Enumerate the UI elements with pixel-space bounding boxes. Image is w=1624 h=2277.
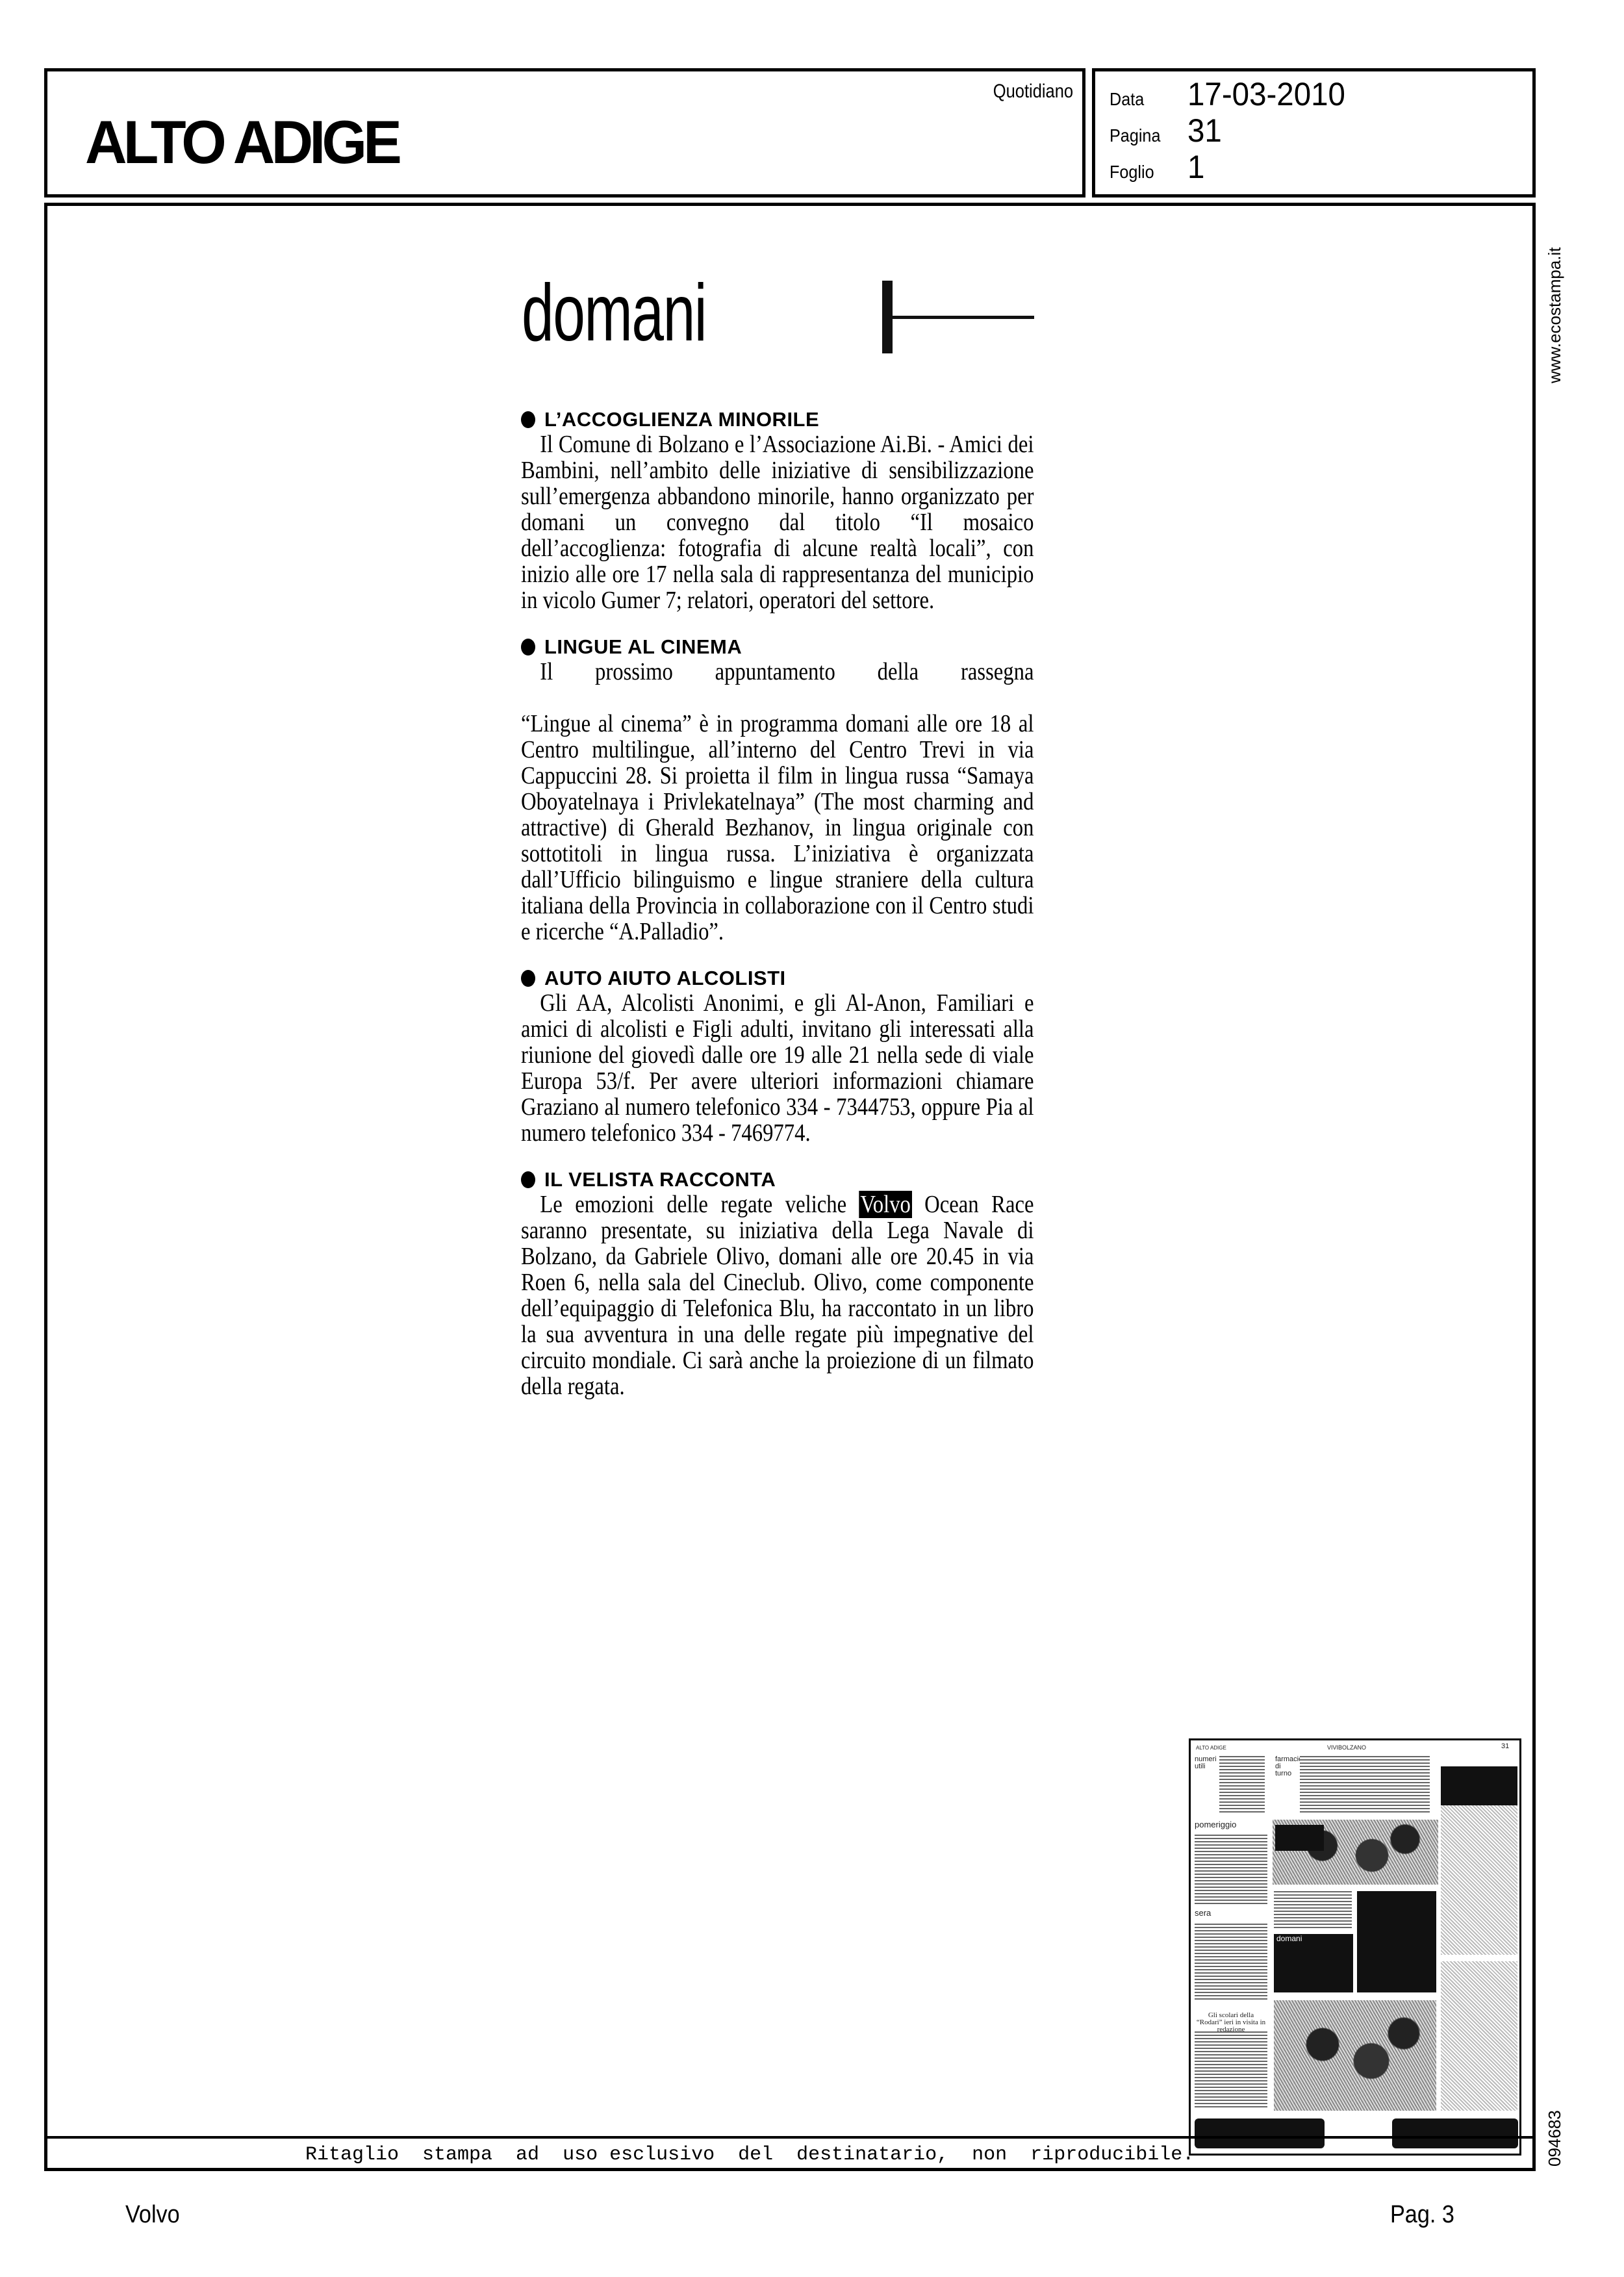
meta-value-page: 31 <box>1187 114 1222 147</box>
article-accoglienza: L’ACCOGLIENZA MINORILE Il Comune di Bolz… <box>521 408 1034 613</box>
thumb-text-block <box>1300 1756 1430 1814</box>
bullet-icon <box>521 1171 535 1188</box>
thumb-ad-right <box>1392 2118 1518 2148</box>
article-column: L’ACCOGLIENZA MINORILE Il Comune di Bolz… <box>521 408 1034 1421</box>
thumb-masthead-center: VIVIBOLZANO <box>1327 1744 1366 1751</box>
ecostampa-website: www.ecostampa.it <box>1545 247 1565 383</box>
article-body: Gli AA, Alcolisti Anonimi, e gli Al-Anon… <box>521 990 1034 1146</box>
thumb-group-photo <box>1274 2000 1436 2111</box>
meta-row-page: Pagina 31 <box>1110 114 1224 147</box>
article-heading: IL VELISTA RACCONTA <box>521 1168 1034 1191</box>
article-body-pre: Le emozioni delle regate veliche <box>540 1191 859 1218</box>
thumb-masthead-left: ALTO ADIGE <box>1196 1744 1226 1751</box>
header-masthead-box: ALTO ADIGE Quotidiano <box>44 68 1085 197</box>
thumb-text-block <box>1274 1891 1352 1930</box>
footer-page-number: Pag. 3 <box>1390 2201 1454 2229</box>
thumb-section-sera: sera <box>1195 1909 1211 1916</box>
thumb-section-domani: domani <box>1276 1935 1302 1942</box>
thumb-text-block <box>1195 1924 1267 2002</box>
thumb-box-farmacie: farmacie di turno <box>1275 1756 1295 1777</box>
article-heading-text: L’ACCOGLIENZA MINORILE <box>544 408 819 431</box>
clipping-code: 094683 <box>1545 2110 1565 2167</box>
meta-row-date: Data 17-03-2010 <box>1110 78 1354 110</box>
article-body: “Lingue al cinema” è in programma domani… <box>521 711 1034 945</box>
section-title-bar-decoration <box>882 281 893 353</box>
meta-value-sheet: 1 <box>1187 151 1204 183</box>
thumb-box-numeri: numeri utili <box>1195 1756 1213 1770</box>
thumb-ad-left <box>1195 2118 1325 2148</box>
meta-row-sheet: Foglio 1 <box>1110 151 1206 183</box>
article-heading: L’ACCOGLIENZA MINORILE <box>521 408 1034 431</box>
section-title-rule <box>893 316 1034 319</box>
thumb-text-area <box>1441 1961 1517 2111</box>
thumb-text-block <box>1195 2031 1267 2109</box>
keyword-highlight: Volvo <box>859 1191 912 1218</box>
footer-brand: Volvo <box>125 2201 180 2229</box>
article-heading-text: LINGUE AL CINEMA <box>544 635 742 659</box>
thumb-section-pomeriggio: pomeriggio <box>1195 1821 1236 1828</box>
article-heading: AUTO AIUTO ALCOLISTI <box>521 967 1034 990</box>
thumb-headline: Gli scolari della “Rodari” ieri in visit… <box>1195 2012 1267 2033</box>
article-body: Il Comune di Bolzano e l’Associazione Ai… <box>521 431 1034 613</box>
article-velista: IL VELISTA RACCONTA Le emozioni delle re… <box>521 1168 1034 1399</box>
article-heading: LINGUE AL CINEMA <box>521 635 1034 659</box>
thumb-text-block <box>1195 1835 1267 1906</box>
meta-label-date: Data <box>1110 89 1180 110</box>
thumb-text-block <box>1219 1756 1265 1814</box>
meta-label-page: Pagina <box>1110 125 1180 146</box>
footer-divider <box>44 2136 1536 2139</box>
header-meta-box: Data 17-03-2010 Pagina 31 Foglio 1 <box>1092 68 1536 197</box>
article-body-first-line: Il prossimo appuntamento della rassegna <box>521 659 1034 685</box>
thumb-caption-box <box>1275 1825 1324 1851</box>
reproduction-notice: Ritaglio stampa ad uso esclusivo del des… <box>305 2144 1194 2166</box>
thumb-page-number: 31 <box>1501 1743 1509 1750</box>
page-thumbnail: ALTO ADIGE VIVIBOLZANO 31 numeri utili f… <box>1189 1738 1521 2156</box>
publication-frequency: Quotidiano <box>993 81 1073 103</box>
article-lingue-cinema: LINGUE AL CINEMA Il prossimo appuntament… <box>521 635 1034 945</box>
thumb-photo-dark <box>1441 1766 1517 1805</box>
meta-value-date: 17-03-2010 <box>1187 78 1345 110</box>
meta-label-sheet: Foglio <box>1110 162 1180 183</box>
article-alcolisti: AUTO AIUTO ALCOLISTI Gli AA, Alcolisti A… <box>521 967 1034 1146</box>
section-title: domani <box>522 273 706 353</box>
article-heading-text: AUTO AIUTO ALCOLISTI <box>544 967 786 990</box>
bullet-icon <box>521 639 535 655</box>
bullet-icon <box>521 970 535 987</box>
article-heading-text: IL VELISTA RACCONTA <box>544 1168 776 1191</box>
bullet-icon <box>521 411 535 428</box>
thumb-dark-article <box>1357 1891 1436 1992</box>
article-body: Le emozioni delle regate veliche Volvo O… <box>521 1191 1034 1399</box>
article-body-post: Ocean Race saranno presentate, su inizia… <box>521 1191 1034 1400</box>
publication-logo: ALTO ADIGE <box>85 112 398 173</box>
thumb-graphic <box>1441 1805 1517 1955</box>
